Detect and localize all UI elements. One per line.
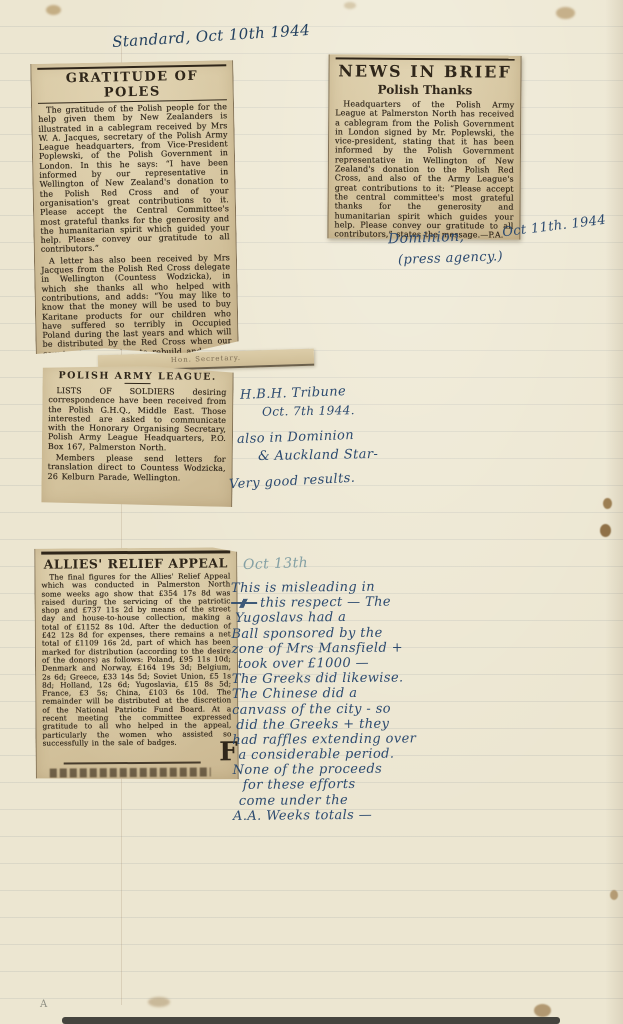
- clipping-column: ALLIES' RELIEF APPEAL The final figures …: [34, 547, 239, 780]
- handwritten-source-dominion: Dominion,: [388, 229, 465, 248]
- stain: [600, 524, 611, 537]
- page-bottom-edge: [62, 1017, 560, 1024]
- clipping-subhead: Polish Thanks: [335, 82, 514, 97]
- clipping-paragraph: The final figures for the Allies' Relief…: [41, 572, 231, 748]
- clipping-paragraph: A letter has also been received by Mrs J…: [41, 253, 232, 357]
- clipping-paragraph: Headquarters of the Polish Army League a…: [334, 99, 514, 239]
- clipping-headline: ALLIES' RELIEF APPEAL: [41, 550, 230, 571]
- clipping-column: NEWS IN BRIEF Polish Thanks Headquarters…: [327, 54, 521, 239]
- scrapbook-page: Standard, Oct 10th 1944 GRATITUDE OF POL…: [0, 0, 623, 1024]
- commentary-line: A.A. Weeks totals —: [233, 807, 458, 824]
- clipping-headline: GRATITUDE OF POLES: [37, 64, 227, 104]
- clipping-headline: NEWS IN BRIEF: [335, 57, 514, 81]
- clipping-headline: POLISH ARMY LEAGUE.: [49, 370, 227, 383]
- stain: [46, 5, 61, 15]
- handwritten-date-note: Oct 13th: [243, 555, 309, 573]
- stain: [603, 498, 612, 509]
- stain: [610, 890, 618, 900]
- clipping-paragraph: Members please send letters for translat…: [48, 453, 226, 483]
- handwritten-tribune-line: H.B.H. Tribune: [240, 384, 347, 403]
- clipping-column: POLISH ARMY LEAGUE. LISTS OF SOLDIERS de…: [41, 365, 233, 507]
- handwritten-tribune-line: Very good results.: [229, 471, 356, 493]
- commentary-line-text: this respect — The: [260, 595, 391, 611]
- handwritten-tribune-line: & Auckland Star-: [258, 447, 378, 464]
- clipping-news-in-brief: NEWS IN BRIEF Polish Thanks Headquarters…: [327, 54, 521, 239]
- handwritten-press-agency: (press agency.): [398, 249, 503, 268]
- clipping-gratitude-of-poles: GRATITUDE OF POLES The gratitude of the …: [30, 60, 239, 357]
- clipping-paragraph: LISTS OF SOLDIERS desiring correspondenc…: [48, 386, 227, 453]
- scribble-crossout: [231, 599, 257, 608]
- stain: [534, 1004, 551, 1017]
- handwritten-source-standard: Standard, Oct 10th 1944: [112, 21, 311, 51]
- clipping-paragraph: The gratitude of the Polish people for t…: [38, 102, 230, 254]
- handwritten-tribune-line: also in Dominion: [237, 428, 355, 447]
- clipping-allies-relief-appeal: ALLIES' RELIEF APPEAL The final figures …: [34, 547, 239, 780]
- stain: [148, 997, 170, 1007]
- stain: [556, 7, 575, 19]
- marginal-pencil-mark: A: [40, 999, 47, 1010]
- headline-rule: [125, 383, 151, 384]
- stain: [344, 2, 356, 9]
- handwritten-tribune-line: Oct. 7th 1944.: [262, 403, 355, 419]
- clipping-polish-army-league: POLISH ARMY LEAGUE. LISTS OF SOLDIERS de…: [41, 365, 233, 507]
- cut-off-headline-fragment: [50, 767, 211, 777]
- clipping-column: GRATITUDE OF POLES The gratitude of the …: [30, 60, 239, 357]
- handwritten-commentary: This is misleading in this respect — The…: [231, 579, 458, 824]
